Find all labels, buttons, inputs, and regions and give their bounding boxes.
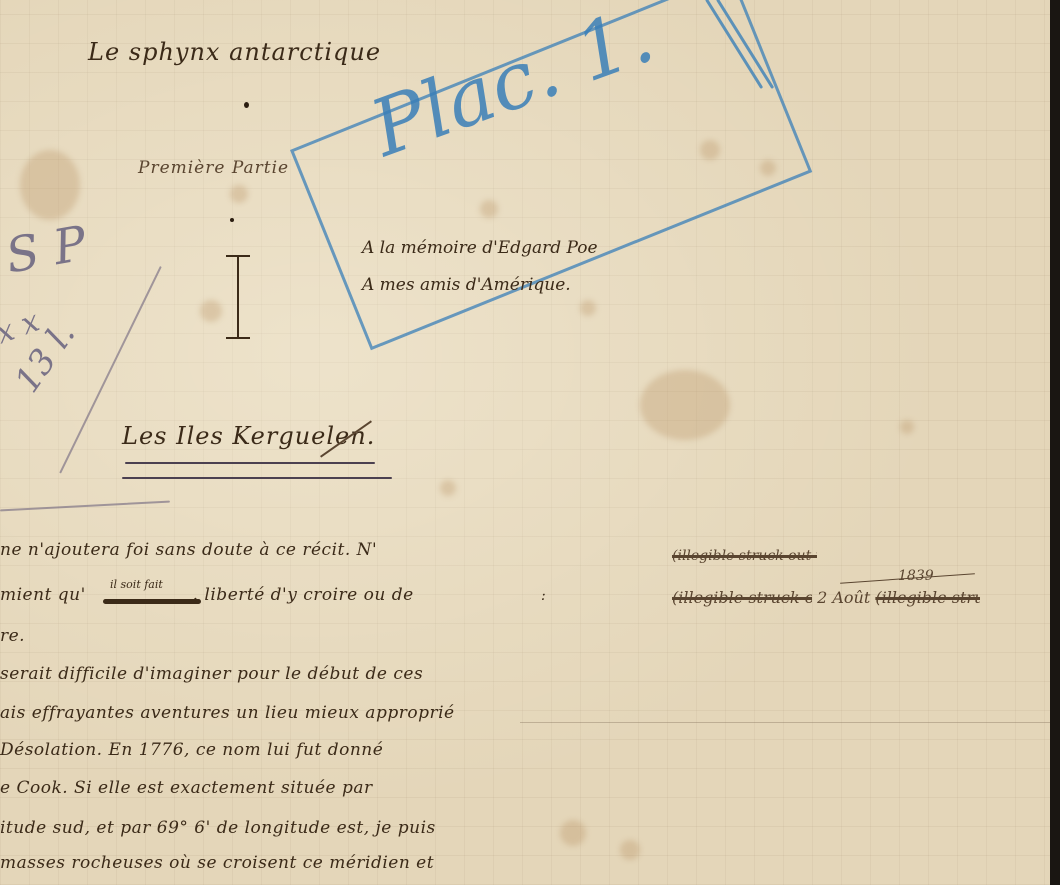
dedication-line: A la mémoire d'Edgard Poe [362, 238, 598, 258]
interlinear-insertion: il soit fait [110, 578, 163, 591]
body-line: re. [0, 626, 25, 646]
body-line: ais effrayantes aventures un lieu mieux … [0, 703, 455, 723]
chapter-underline [125, 462, 375, 464]
chapter-numeral [226, 255, 250, 339]
struck-note: (illegible struck-out word) [672, 548, 817, 564]
struck-word: (illegible struck-out). [875, 588, 980, 607]
body-line: itude sud, et par 69° 6' de longitude es… [0, 818, 436, 838]
stain [230, 185, 248, 203]
pencil-margin-note: S P [2, 215, 91, 284]
stain [620, 840, 640, 860]
strike-scribble [103, 599, 201, 604]
body-line: masses rocheuses où se croisent ce mérid… [0, 853, 434, 873]
stain [900, 420, 914, 434]
struck-note-line: (illegible struck-out) 2 Août (illegible… [672, 588, 980, 607]
ink-dot [230, 218, 234, 222]
body-text: . liberté d'y croire ou de [193, 585, 414, 605]
body-line: Désolation. En 1776, ce nom lui fut donn… [0, 740, 383, 760]
ink-dot [244, 102, 249, 108]
stain [560, 820, 586, 846]
manuscript-title: Le sphynx antarctique [88, 38, 381, 66]
dedication-line: A mes amis d'Amérique. [362, 275, 571, 295]
stain [200, 300, 222, 322]
part-label: Première Partie [138, 158, 289, 178]
body-line: serait difficile d'imaginer pour le débu… [0, 664, 423, 684]
body-text: mient qu' [0, 585, 86, 605]
page-edge [1050, 0, 1060, 885]
manuscript-page: Le sphynx antarctique Première Partie Pl… [0, 0, 1050, 885]
date-text: 2 Août [817, 588, 870, 607]
stain [640, 370, 730, 440]
stain [440, 480, 456, 496]
chapter-underline [122, 477, 392, 479]
paper-fold [520, 722, 1050, 723]
stain [580, 300, 596, 316]
stain [20, 150, 80, 220]
struck-word: (illegible struck-out) [672, 588, 812, 607]
margin-mark: : [541, 588, 546, 604]
body-line: mient qu' . liberté d'y croire ou de [0, 585, 414, 605]
pencil-underline [0, 501, 170, 512]
body-line: ne n'ajoutera foi sans doute à ce récit.… [0, 540, 377, 560]
body-line: e Cook. Si elle est exactement située pa… [0, 778, 373, 798]
